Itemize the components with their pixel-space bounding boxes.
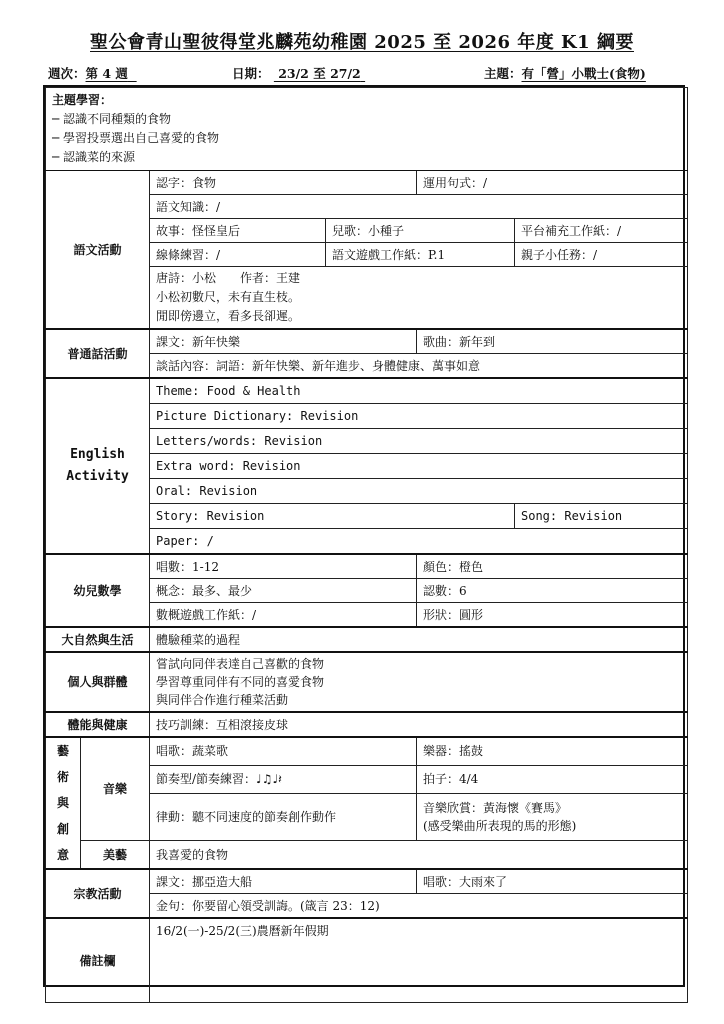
arts-row-4: 美藝 我喜愛的食物 (46, 841, 688, 869)
music-movement: 律動：聽不同速度的節奏創作動作 (150, 793, 417, 840)
music-appreciation: 音樂欣賞：黃海懷《賽馬》 (感受樂曲所表現的馬的形態) (417, 793, 688, 840)
religion-song: 唱歌：大雨來了 (417, 869, 688, 894)
arts-category-char: 術 (46, 764, 80, 790)
personal-category: 個人與群體 (46, 652, 150, 712)
story: 故事：怪怪皇后 (150, 219, 326, 243)
putonghua-talk: 談話內容：詞語：新年快樂、新年進步、身體健康、萬事如意 (150, 354, 688, 379)
arts-category-char: 創 (46, 816, 80, 842)
parent-task: 親子小任務：/ (515, 243, 688, 267)
putonghua-song: 歌曲：新年到 (417, 329, 688, 354)
date-value: 23/2 至 27/2 (274, 66, 361, 81)
religion-row-1: 宗教活動 課文：挪亞造大船 唱歌：大雨來了 (46, 869, 688, 894)
english-theme: Theme: Food & Health (150, 378, 688, 404)
arts-category-char: 藝 (46, 738, 80, 764)
meta-bar: 週次：第 4 週 日期： 23/2 至 27/2 主題：有「營」小戰士(食物) (46, 64, 686, 84)
platform-worksheet: 平台補充工作紙：/ (515, 219, 688, 243)
arts-category-char: 意 (46, 842, 80, 868)
english-song: Song: Revision (515, 504, 688, 529)
personal-line: 嘗試向同伴表達自己喜歡的食物 (156, 655, 681, 673)
math-number: 認數：6 (417, 579, 688, 603)
religion-verse: 金句：你要留心領受訓誨。(箴言 23：12) (150, 894, 688, 919)
poem-title: 唐詩：小松 作者：王建 (156, 269, 681, 288)
language-knowledge: 語文知識：/ (150, 195, 688, 219)
religion-lesson: 課文：挪亞造大船 (150, 869, 417, 894)
remarks-row: 備註欄 16/2(一)-25/2(三)農曆新年假期 (46, 918, 688, 1003)
theme-value: 有「營」小戰士(食物) (522, 66, 646, 81)
visual-arts-content: 我喜愛的食物 (150, 841, 688, 869)
math-category: 幼兒數學 (46, 554, 150, 627)
putonghua-category: 普通話活動 (46, 329, 150, 378)
math-concept: 概念：最多、最少 (150, 579, 417, 603)
visual-arts-category: 美藝 (81, 841, 150, 869)
putonghua-row-1: 普通話活動 課文：新年快樂 歌曲：新年到 (46, 329, 688, 354)
theme-label: 主題： (484, 66, 522, 81)
music-beat: 拍子：4/4 (417, 765, 688, 793)
personal-row: 個人與群體 嘗試向同伴表達自己喜歡的食物 學習尊重同伴有不同的喜愛食物 與同伴合… (46, 652, 688, 712)
nature-content: 體驗種菜的過程 (150, 627, 688, 652)
title-text: 聖公會青山聖彼得堂兆麟苑幼稚園 2025 至 2026 年度 K1 綱要 (90, 32, 634, 53)
poem-line: 小松初數尺，未有直生枝。 (156, 288, 681, 307)
english-paper: Paper: / (150, 529, 688, 555)
personal-line: 學習尊重同伴有不同的喜愛食物 (156, 673, 681, 691)
theme-learning-heading: 主題學習： (52, 91, 681, 110)
date-label: 日期： (232, 66, 270, 81)
oral: Oral: Revision (150, 479, 688, 504)
music-rhythm: 節奏型/節奏練習：♩♫♩𝄽 (150, 765, 417, 793)
arts-category-char: 與 (46, 790, 80, 816)
poem-line: 閒即傍邊立，看多長卻遲。 (156, 307, 681, 326)
theme-learning-item: ─ 學習投票選出自己喜愛的食物 (52, 129, 681, 148)
appreciation-line: 音樂欣賞：黃海懷《賽馬》 (423, 799, 681, 817)
putonghua-lesson: 課文：新年快樂 (150, 329, 417, 354)
theme-field: 主題：有「營」小戰士(食物) (484, 64, 646, 82)
theme-learning-item: ─ 認識不同種類的食物 (52, 110, 681, 129)
music-instrument: 樂器：搖鼓 (417, 737, 688, 765)
math-shape: 形狀：圓形 (417, 603, 688, 628)
extra-word: Extra word: Revision (150, 454, 688, 479)
rhyme: 兒歌：小種子 (326, 219, 515, 243)
english-category: English Activity (46, 378, 150, 554)
document-title: 聖公會青山聖彼得堂兆麟苑幼稚園 2025 至 2026 年度 K1 綱要 (0, 28, 724, 54)
english-category-line: Activity (52, 466, 143, 488)
music-category: 音樂 (81, 737, 150, 841)
physical-row: 體能與健康 技巧訓練：互相滾接皮球 (46, 712, 688, 737)
syllabus-table: 主題學習： ─ 認識不同種類的食物 ─ 學習投票選出自己喜愛的食物 ─ 認識菜的… (45, 87, 688, 1003)
letters-words: Letters/words: Revision (150, 429, 688, 454)
math-counting: 唱數：1-12 (150, 554, 417, 579)
theme-learning-item: ─ 認識菜的來源 (52, 148, 681, 167)
music-singing: 唱歌：蔬菜歌 (150, 737, 417, 765)
physical-content: 技巧訓練：互相滾接皮球 (150, 712, 688, 737)
theme-learning-row: 主題學習： ─ 認識不同種類的食物 ─ 學習投票選出自己喜愛的食物 ─ 認識菜的… (46, 88, 688, 171)
math-worksheet: 數概遊戲工作紙：/ (150, 603, 417, 628)
game-worksheet: 語文遊戲工作紙：P.1 (326, 243, 515, 267)
nature-row: 大自然與生活 體驗種菜的過程 (46, 627, 688, 652)
remarks-category: 備註欄 (46, 918, 150, 1003)
date-field: 日期： 23/2 至 27/2 (232, 64, 365, 82)
math-color: 顏色：橙色 (417, 554, 688, 579)
remarks-content: 16/2(一)-25/2(三)農曆新年假期 (150, 918, 688, 1003)
week-value: 第 4 週 (86, 66, 128, 81)
english-row-1: English Activity Theme: Food & Health (46, 378, 688, 404)
tang-poem: 唐詩：小松 作者：王建 小松初數尺，未有直生枝。 閒即傍邊立，看多長卻遲。 (150, 267, 688, 330)
personal-line: 與同伴合作進行種菜活動 (156, 691, 681, 709)
chinese-category: 語文活動 (46, 171, 150, 330)
appreciation-line: (感受樂曲所表現的馬的形態) (423, 817, 681, 835)
word-recognition: 認字：食物 (150, 171, 417, 195)
arts-row-1: 藝 術 與 創 意 音樂 唱歌：蔬菜歌 樂器：搖鼓 (46, 737, 688, 765)
week-label: 週次： (48, 66, 86, 81)
chinese-row-1: 語文活動 認字：食物 運用句式：/ (46, 171, 688, 195)
picture-dictionary: Picture Dictionary: Revision (150, 404, 688, 429)
english-story: Story: Revision (150, 504, 515, 529)
nature-category: 大自然與生活 (46, 627, 150, 652)
sentence-pattern: 運用句式：/ (417, 171, 688, 195)
arts-category: 藝 術 與 創 意 (46, 737, 81, 869)
math-row-1: 幼兒數學 唱數：1-12 顏色：橙色 (46, 554, 688, 579)
line-practice: 線條練習：/ (150, 243, 326, 267)
religion-category: 宗教活動 (46, 869, 150, 918)
syllabus-sheet: 主題學習： ─ 認識不同種類的食物 ─ 學習投票選出自己喜愛的食物 ─ 認識菜的… (43, 85, 685, 987)
english-category-line: English (52, 444, 143, 466)
personal-content: 嘗試向同伴表達自己喜歡的食物 學習尊重同伴有不同的喜愛食物 與同伴合作進行種菜活… (150, 652, 688, 712)
physical-category: 體能與健康 (46, 712, 150, 737)
week-field: 週次：第 4 週 (48, 64, 137, 82)
